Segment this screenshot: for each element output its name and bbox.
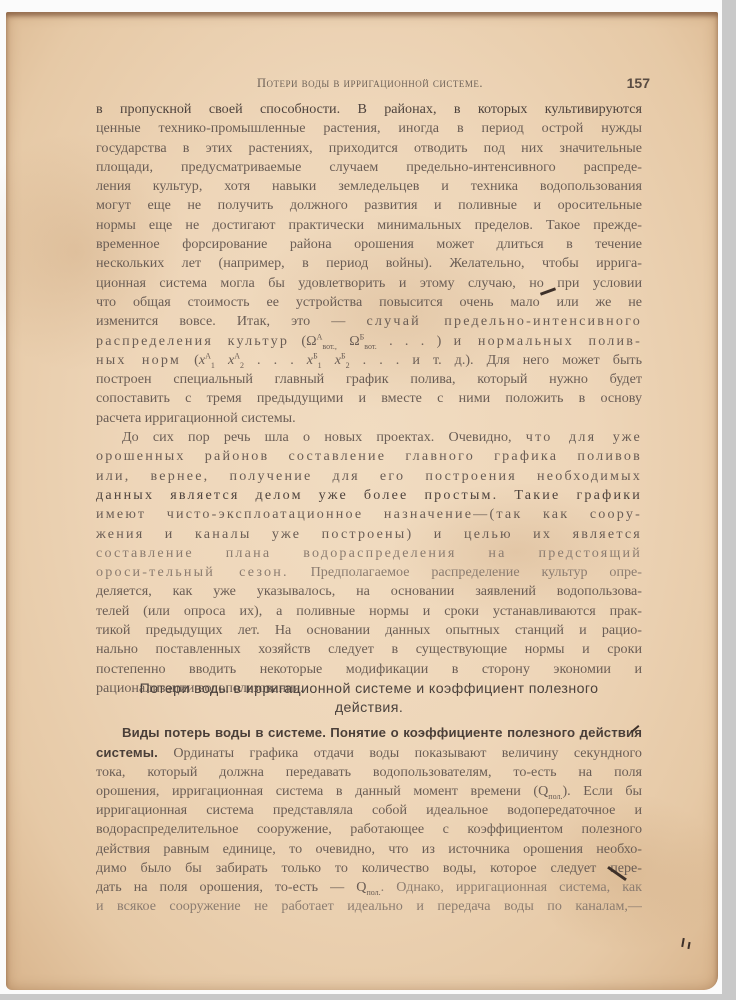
page-number: 157: [627, 75, 650, 91]
text-line: действия равным единице, то очевидно, чт…: [96, 840, 642, 859]
text-line: тикой предыдущих лет. На основании данны…: [96, 621, 642, 640]
spaced-emphasis: ороси-тельный сезон.: [96, 564, 289, 580]
text-line: нально поставленных хозяйств следует в с…: [96, 640, 642, 659]
text-line: и всякое сооружение не работает идеально…: [96, 897, 642, 916]
text-line: нормы еще не достигают практически миним…: [96, 216, 642, 235]
text-line: димо было бы забирать только то количест…: [96, 859, 642, 878]
text-line: что общая стоимость ее устройства повыси…: [96, 293, 642, 312]
text-line: До сих пор речь шла о новых проектах. Оч…: [96, 428, 642, 447]
text-line: жения и каналы уже построены) и целью их…: [96, 525, 642, 544]
spaced-emphasis: что для уже: [526, 429, 642, 445]
text-line: временное форсирование района орошения м…: [96, 235, 642, 254]
text-line: деляется, как уже указывалось, на основа…: [96, 582, 642, 601]
text-fragment: изменится вовсе. Итак, это —: [96, 313, 345, 329]
text-line: орошения, ирригационная система в данный…: [96, 782, 642, 801]
text-line: системы. Ординаты графика отдачи воды по…: [96, 743, 642, 763]
running-head-title: Потери воды в ирригационной системе.: [90, 76, 650, 91]
body-text-section-1: в пропускной своей способности. В района…: [96, 100, 642, 698]
running-head: Потери воды в ирригационной системе. 157: [90, 76, 650, 96]
text-fragment: Ординаты графика отдачи воды показывают …: [173, 745, 642, 761]
text-line: государства в этих растениях, приходится…: [96, 139, 642, 158]
text-line: построен специальный главный график поли…: [96, 370, 642, 389]
formula-omega: (ΩAвот., ΩБвот. . . . ): [301, 333, 441, 349]
text-line: имеют чисто-эксплоатационное назначение—…: [96, 505, 642, 524]
section-heading: Потери воды в ирригационной системе и ко…: [96, 680, 642, 718]
section-heading-line: действия.: [96, 699, 642, 718]
text-line: водораспределительное сооружение, работа…: [96, 820, 642, 839]
text-line: сопоставить с тремя предыдущими и вместе…: [96, 389, 642, 408]
text-line: могут еще не получить должного развития …: [96, 196, 642, 215]
runin-heading: Понятие о коэффициенте полезного действи…: [330, 725, 642, 740]
text-line: в пропускной своей способности. В района…: [96, 100, 642, 119]
formula-x: (xA1 xA2 . . . xБ1 xБ2 . . . и т. д.).: [194, 352, 473, 368]
spaced-emphasis: случай предельно-интенсивного: [366, 313, 642, 329]
text-line: Виды потерь воды в системе. Понятие о ко…: [96, 723, 642, 743]
section-heading-line: Потери воды в ирригационной системе и ко…: [96, 680, 642, 699]
text-line: дать на поля орошения, то-есть — Qпол.. …: [96, 878, 642, 897]
spaced-emphasis: ных норм: [96, 352, 181, 368]
text-line: расчета ирригационной системы.: [96, 409, 642, 428]
text-fragment: Предполагаемое распределение культур опр…: [311, 564, 642, 580]
spaced-emphasis: распределения культур: [96, 333, 289, 349]
runin-heading: системы.: [96, 745, 158, 760]
text-line: изменится вовсе. Итак, это — случай пред…: [96, 312, 642, 331]
text-line: нескольких лет (например, в период войны…: [96, 254, 642, 273]
text-line: или, вернее, получение для его построени…: [96, 467, 642, 486]
runin-heading: Виды потерь воды в системе.: [122, 725, 326, 740]
text-fragment: Для него может быть: [487, 352, 642, 368]
text-line: распределения культур (ΩAвот., ΩБвот. . …: [96, 332, 642, 351]
text-line: ционная система могла бы удовлетворить и…: [96, 274, 642, 293]
text-line: составление плана водораспределения на п…: [96, 544, 642, 563]
text-line: ления культур, хотя навыки земледельцев …: [96, 177, 642, 196]
text-line: площади, предусматриваемые случаем преде…: [96, 158, 642, 177]
text-line: постепенно вводить некоторые модификации…: [96, 660, 642, 679]
text-line: данных является делом уже более простым.…: [96, 486, 642, 505]
text-line: телей (или опроса их), а поливные нормы …: [96, 602, 642, 621]
spaced-emphasis: и нормальных полив-: [454, 333, 642, 349]
text-line: орошенных районов составление главного г…: [96, 447, 642, 466]
text-line: тока, который должна передавать водополь…: [96, 763, 642, 782]
text-line: ных норм (xA1 xA2 . . . xБ1 xБ2 . . . и …: [96, 351, 642, 370]
body-text-section-3: Виды потерь воды в системе. Понятие о ко…: [96, 723, 642, 916]
text-line: ценные технико-промышленные растения, ин…: [96, 119, 642, 138]
text-line: ирригационная система представляла собой…: [96, 801, 642, 820]
text-line: ороси-тельный сезон. Предполагаемое расп…: [96, 563, 642, 582]
text-fragment: До сих пор речь шла о новых проектах. Оч…: [122, 429, 512, 445]
